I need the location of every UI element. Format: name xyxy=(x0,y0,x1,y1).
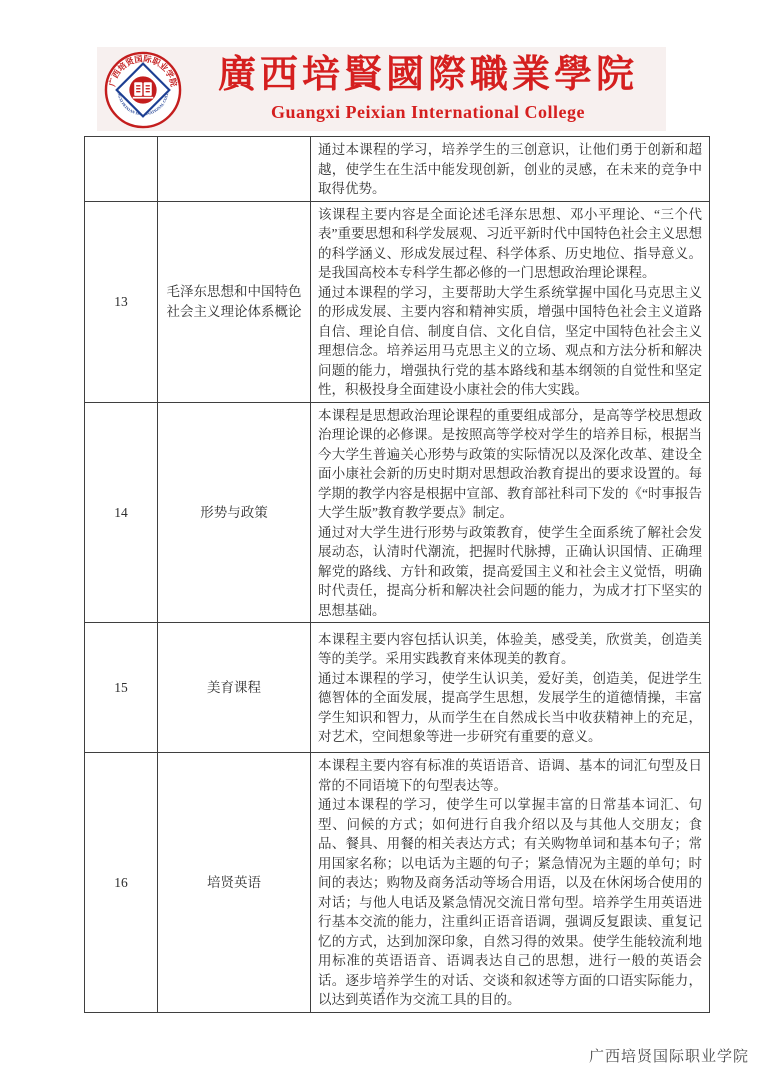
college-name-chinese: 廣西培賢國際職業學院 xyxy=(195,49,661,101)
course-table: 通过本课程的学习，培养学生的三创意识，让他们勇于创新和超越，使学生在生活中能发现… xyxy=(84,136,710,1013)
table-row: 14 形势与政策 本课程是思想政治理论课程的重要组成部分，是高等学校思想政治理论… xyxy=(85,402,710,623)
course-description-paragraph: 通过本课程的学习，培养学生的三创意识，让他们勇于创新和超越，使学生在生活中能发现… xyxy=(318,140,702,199)
course-description-paragraph: 本课程主要内容有标准的英语语音、语调、基本的词汇句型及日常的不同语境下的句型表达… xyxy=(318,756,702,795)
course-name-cell xyxy=(158,137,311,202)
course-number-cell: 16 xyxy=(85,753,158,1013)
table-row: 16 培贤英语 本课程主要内容有标准的英语语音、语调、基本的词汇句型及日常的不同… xyxy=(85,753,710,1013)
course-description-paragraph: 该课程主要内容是全面论述毛泽东思想、邓小平理论、“三个代表”重要思想和科学发展观… xyxy=(318,205,702,283)
college-titles: 廣西培賢國際職業學院 Guangxi Peixian International… xyxy=(195,47,661,131)
course-description-cell: 通过本课程的学习，培养学生的三创意识，让他们勇于创新和超越，使学生在生活中能发现… xyxy=(311,137,710,202)
page-number: 7 xyxy=(0,984,763,1000)
course-description-paragraph: 通过本课程的学习，使学生认识美，爱好美，创造美，促进学生德智体的全面发展，提高学… xyxy=(318,669,702,747)
course-description-paragraph: 本课程是思想政治理论课程的重要组成部分，是高等学校思想政治理论课的必修课。是按照… xyxy=(318,406,702,523)
table-row: 15 美育课程 本课程主要内容包括认识美，体验美，感受美，欣赏美，创造美等的美学… xyxy=(85,623,710,753)
course-number-cell: 13 xyxy=(85,201,158,402)
course-name-cell: 毛泽东思想和中国特色社会主义理论体系概论 xyxy=(158,201,311,402)
table-row: 通过本课程的学习，培养学生的三创意识，让他们勇于创新和超越，使学生在生活中能发现… xyxy=(85,137,710,202)
course-description-paragraph: 通过本课程的学习，使学生可以掌握丰富的日常基本词汇、句型、问候的方式；如何进行自… xyxy=(318,795,702,1010)
course-description-paragraph: 本课程主要内容包括认识美，体验美，感受美，欣赏美，创造美等的美学。采用实践教育来… xyxy=(318,630,702,669)
course-number-cell: 14 xyxy=(85,402,158,623)
college-header-banner: 广西培贤国际职业学院 GUANGXI PEIXIAN INTERNATIONAL… xyxy=(97,47,666,131)
course-number-cell xyxy=(85,137,158,202)
course-description-cell: 该课程主要内容是全面论述毛泽东思想、邓小平理论、“三个代表”重要思想和科学发展观… xyxy=(311,201,710,402)
course-description-cell: 本课程主要内容有标准的英语语音、语调、基本的词汇句型及日常的不同语境下的句型表达… xyxy=(311,753,710,1013)
college-seal-logo: 广西培贤国际职业学院 GUANGXI PEIXIAN INTERNATIONAL… xyxy=(104,51,182,129)
course-name-cell: 培贤英语 xyxy=(158,753,311,1013)
table-row: 13 毛泽东思想和中国特色社会主义理论体系概论 该课程主要内容是全面论述毛泽东思… xyxy=(85,201,710,402)
college-watermark: 广西培贤国际职业学院 xyxy=(589,1045,749,1066)
course-name-cell: 形势与政策 xyxy=(158,402,311,623)
course-description-cell: 本课程是思想政治理论课程的重要组成部分，是高等学校思想政治理论课的必修课。是按照… xyxy=(311,402,710,623)
course-description-paragraph: 通过对大学生进行形势与政策教育，使学生全面系统了解社会发展动态，认清时代潮流，把… xyxy=(318,523,702,621)
course-number-cell: 15 xyxy=(85,623,158,753)
logo-inner-circle xyxy=(129,76,156,103)
college-name-english: Guangxi Peixian International College xyxy=(195,101,661,123)
course-description-paragraph: 通过本课程的学习，主要帮助大学生系统掌握中国化马克思主义的形成发展、主要内容和精… xyxy=(318,283,702,400)
course-description-cell: 本课程主要内容包括认识美，体验美，感受美，欣赏美，创造美等的美学。采用实践教育来… xyxy=(311,623,710,753)
course-name-cell: 美育课程 xyxy=(158,623,311,753)
